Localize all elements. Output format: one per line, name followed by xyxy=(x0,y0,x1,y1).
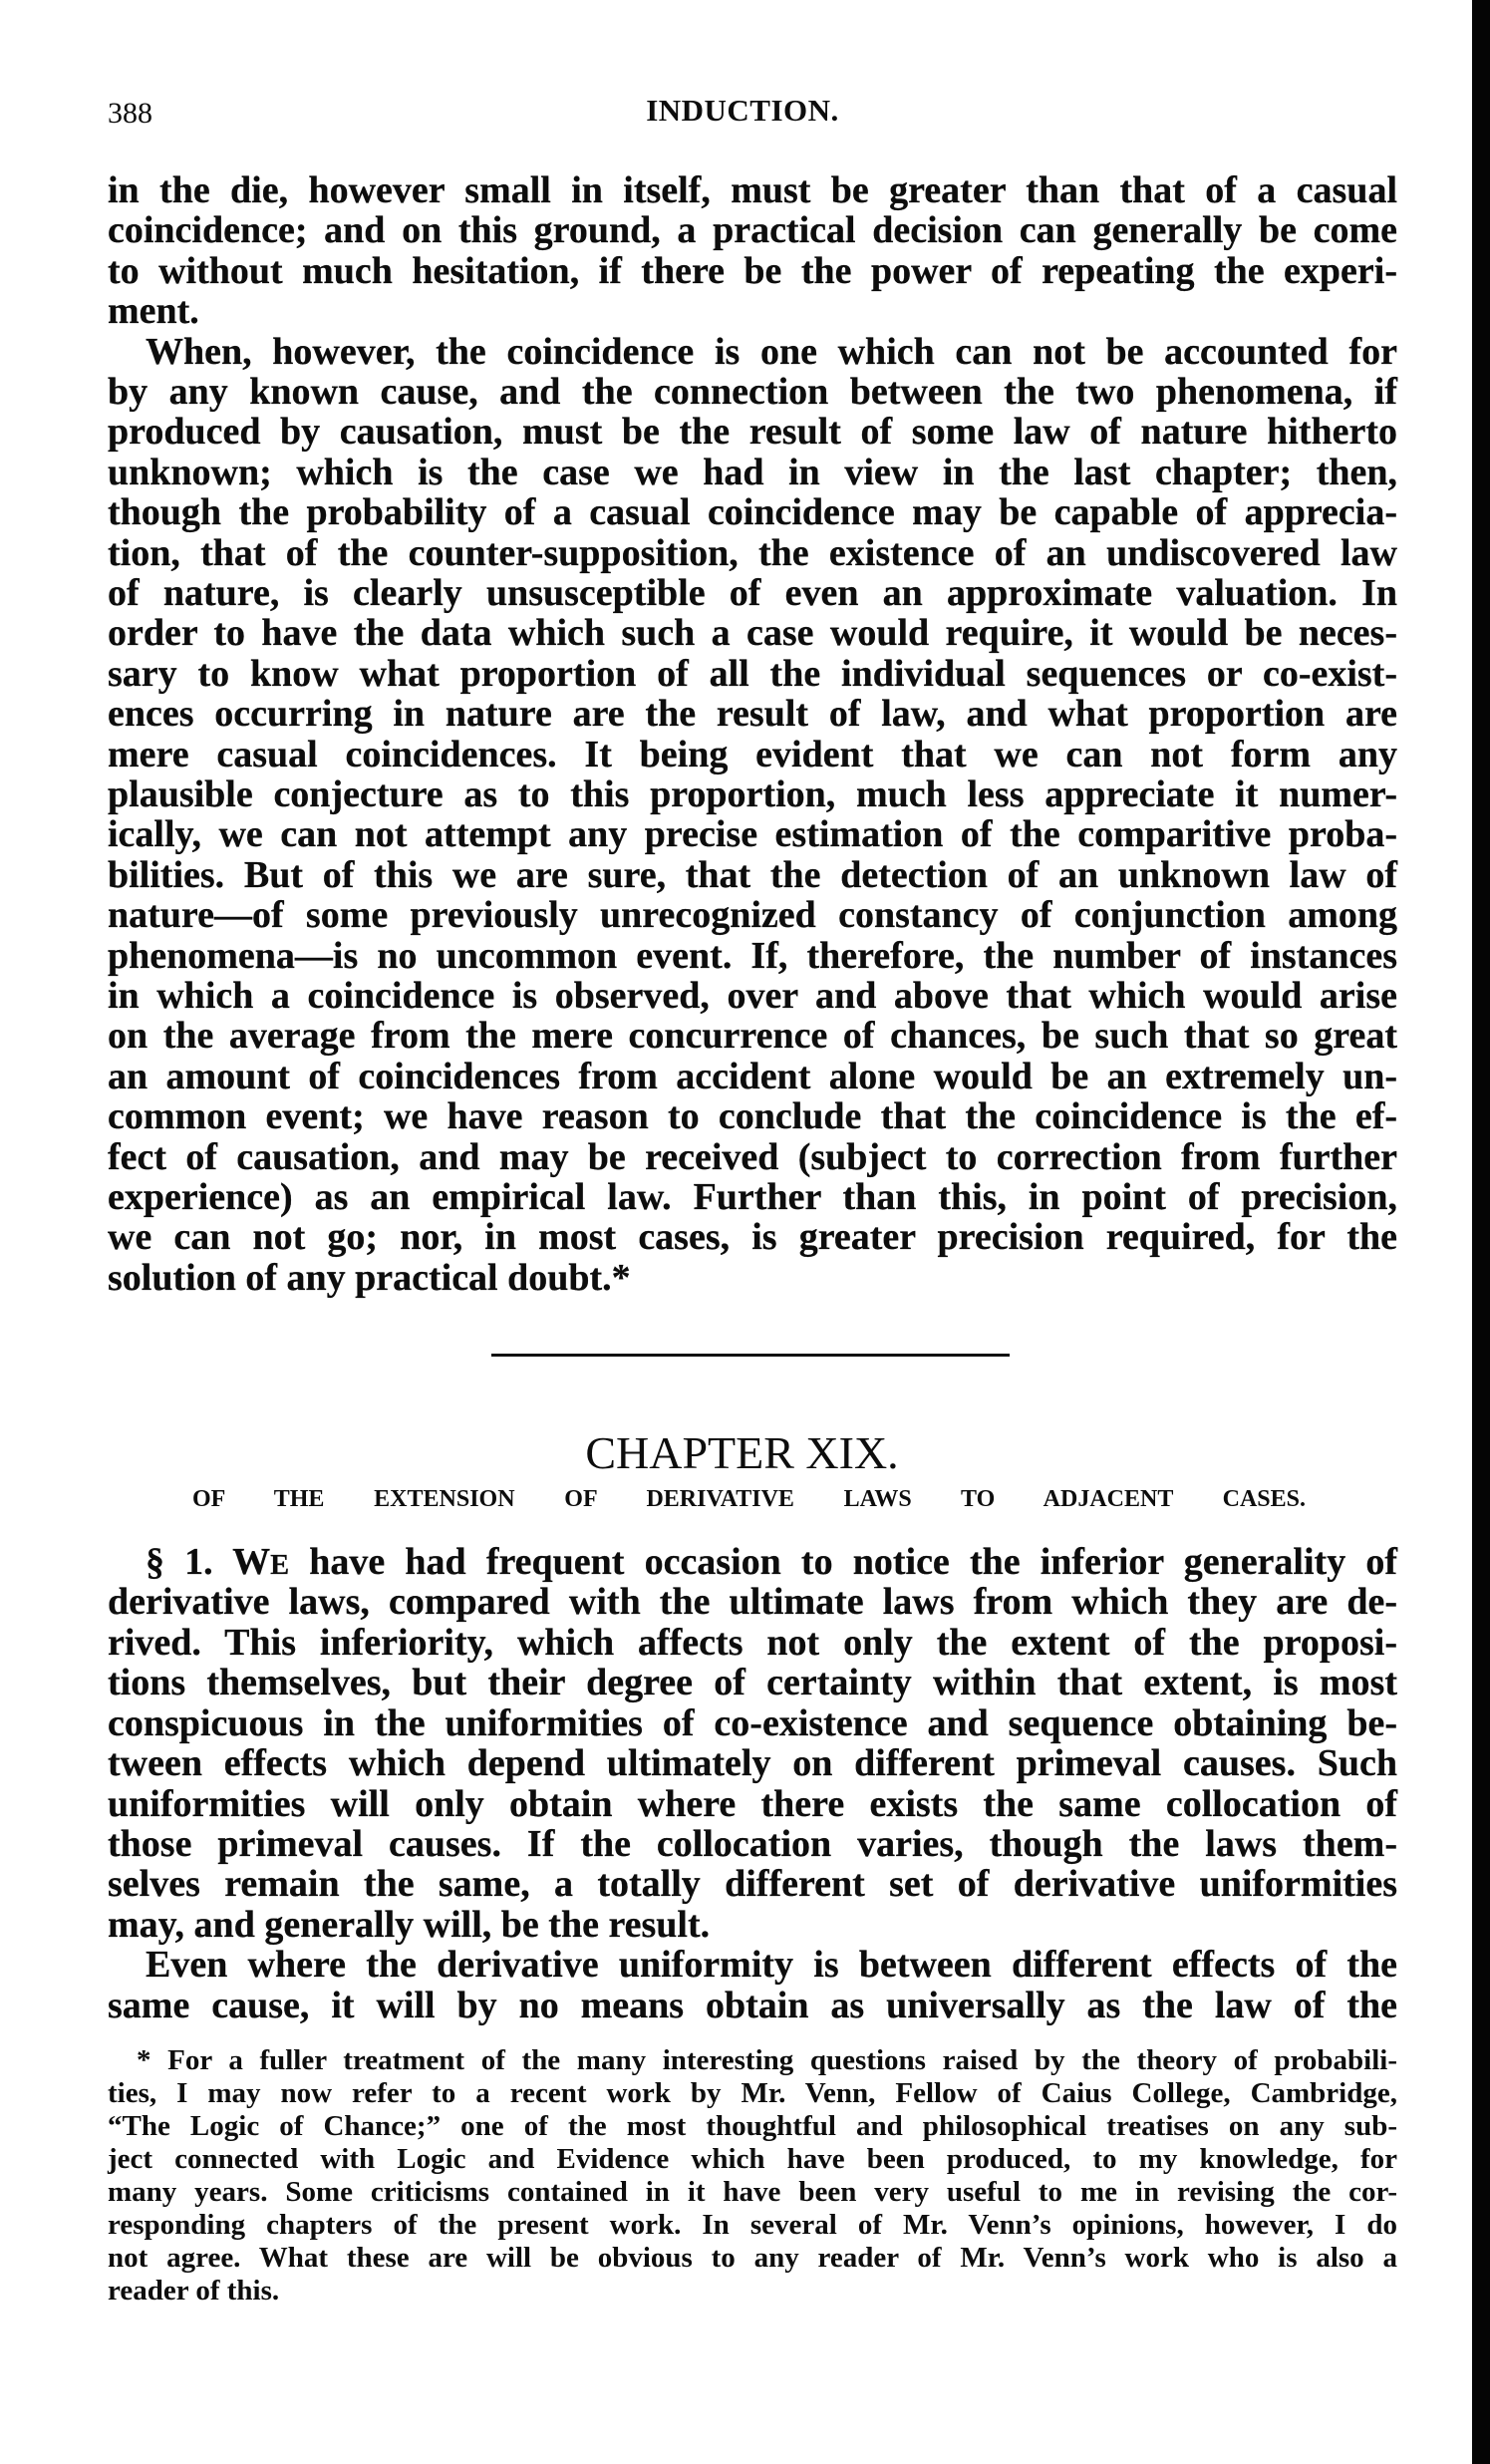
footnote-line: responding chapters of the present work.… xyxy=(108,2209,1397,2242)
text-line: we can not go; nor, in most cases, is gr… xyxy=(108,1217,1397,1257)
text-line: though the probability of a casual coinc… xyxy=(108,492,1397,532)
text-line: may, and generally will, be the result. xyxy=(108,1905,1397,1945)
text-line: in the die, however small in itself, mus… xyxy=(108,170,1397,210)
text-line: of nature, is clearly unsusceptible of e… xyxy=(108,573,1397,613)
text-line: phenomena—is no uncommon event. If, ther… xyxy=(108,936,1397,976)
text-line: tions themselves, but their degree of ce… xyxy=(108,1663,1397,1702)
text-line: on the average from the mere concurrence… xyxy=(108,1016,1397,1056)
text-line: bilities. But of this we are sure, that … xyxy=(108,855,1397,895)
text-line: order to have the data which such a case… xyxy=(108,613,1397,653)
text-line: produced by causation, must be the resul… xyxy=(108,412,1397,452)
book-page: 388 INDUCTION. in the die, however small… xyxy=(0,0,1490,2464)
footnote-line: many years. Some criticisms contained in… xyxy=(108,2176,1397,2209)
text-line: common event; we have reason to conclude… xyxy=(108,1096,1397,1136)
footnote-line: “The Logic of Chance;” one of the most t… xyxy=(108,2110,1397,2143)
text-line: ically, we can not attempt any precise e… xyxy=(108,814,1397,854)
text-line: sary to know what proportion of all the … xyxy=(108,654,1397,694)
footnote-line: not agree. What these are will be obviou… xyxy=(108,2242,1397,2275)
section-divider-rule xyxy=(491,1354,1010,1357)
section-mark: § 1. xyxy=(146,1541,232,1583)
footnote-line: ties, I may now refer to a recent work b… xyxy=(108,2077,1397,2110)
text-line: coincidence; and on this ground, a pract… xyxy=(108,210,1397,250)
section-first-line: § 1. WE have had frequent occasion to no… xyxy=(146,1542,1397,1582)
footnote-line: reader of this. xyxy=(108,2275,1397,2308)
text-line: mere casual coincidences. It being evide… xyxy=(108,735,1397,774)
text-line: Even where the derivative uniformity is … xyxy=(146,1945,1397,1985)
text-line: to without much hesitation, if there be … xyxy=(108,251,1397,291)
text-line: by any known cause, and the connection b… xyxy=(108,372,1397,412)
text-line: unknown; which is the case we had in vie… xyxy=(108,453,1397,492)
text-line: fect of causation, and may be received (… xyxy=(108,1137,1397,1177)
text-line: derivative laws, compared with the ultim… xyxy=(108,1582,1397,1622)
first-line-text: have had frequent occasion to notice the… xyxy=(289,1541,1397,1583)
text-line: nature—of some previously unrecognized c… xyxy=(108,895,1397,935)
text-line: same cause, it will by no means obtain a… xyxy=(108,1986,1397,2025)
text-line: experience) as an empirical law. Further… xyxy=(108,1177,1397,1217)
chapter-subtitle: OF THE EXTENSION OF DERIVATIVE LAWS TO A… xyxy=(192,1485,1306,1513)
text-line: When, however, the coincidence is one wh… xyxy=(146,332,1397,372)
footnote-line: ject connected with Logic and Evidence w… xyxy=(108,2143,1397,2176)
text-line: ences occurring in nature are the result… xyxy=(108,694,1397,734)
text-line: plausible conjecture as to this proporti… xyxy=(108,774,1397,814)
text-line: uniformities will only obtain where ther… xyxy=(108,1784,1397,1824)
text-line: ment. xyxy=(108,291,1397,331)
small-caps: E xyxy=(270,1550,289,1581)
text-line: conspicuous in the uniformities of co-ex… xyxy=(108,1703,1397,1743)
footnote-line: * For a fuller treatment of the many int… xyxy=(137,2044,1397,2077)
chapter-title: CHAPTER XIX. xyxy=(0,1428,1490,1478)
text-line: selves remain the same, a totally differ… xyxy=(108,1864,1397,1904)
text-line: rived. This inferiority, which affects n… xyxy=(108,1623,1397,1663)
page-edge-shadow xyxy=(1472,0,1490,2464)
text-line: an amount of coincidences from accident … xyxy=(108,1057,1397,1096)
text-line: tion, that of the counter-supposition, t… xyxy=(108,533,1397,573)
running-title: INDUCTION. xyxy=(0,94,1490,128)
text-line: those primeval causes. If the collocatio… xyxy=(108,1824,1397,1864)
text-line: solution of any practical doubt.* xyxy=(108,1258,1397,1298)
text-line: in which a coincidence is observed, over… xyxy=(108,976,1397,1016)
text-line: tween effects which depend ultimately on… xyxy=(108,1743,1397,1783)
drop-initial: W xyxy=(232,1541,270,1583)
